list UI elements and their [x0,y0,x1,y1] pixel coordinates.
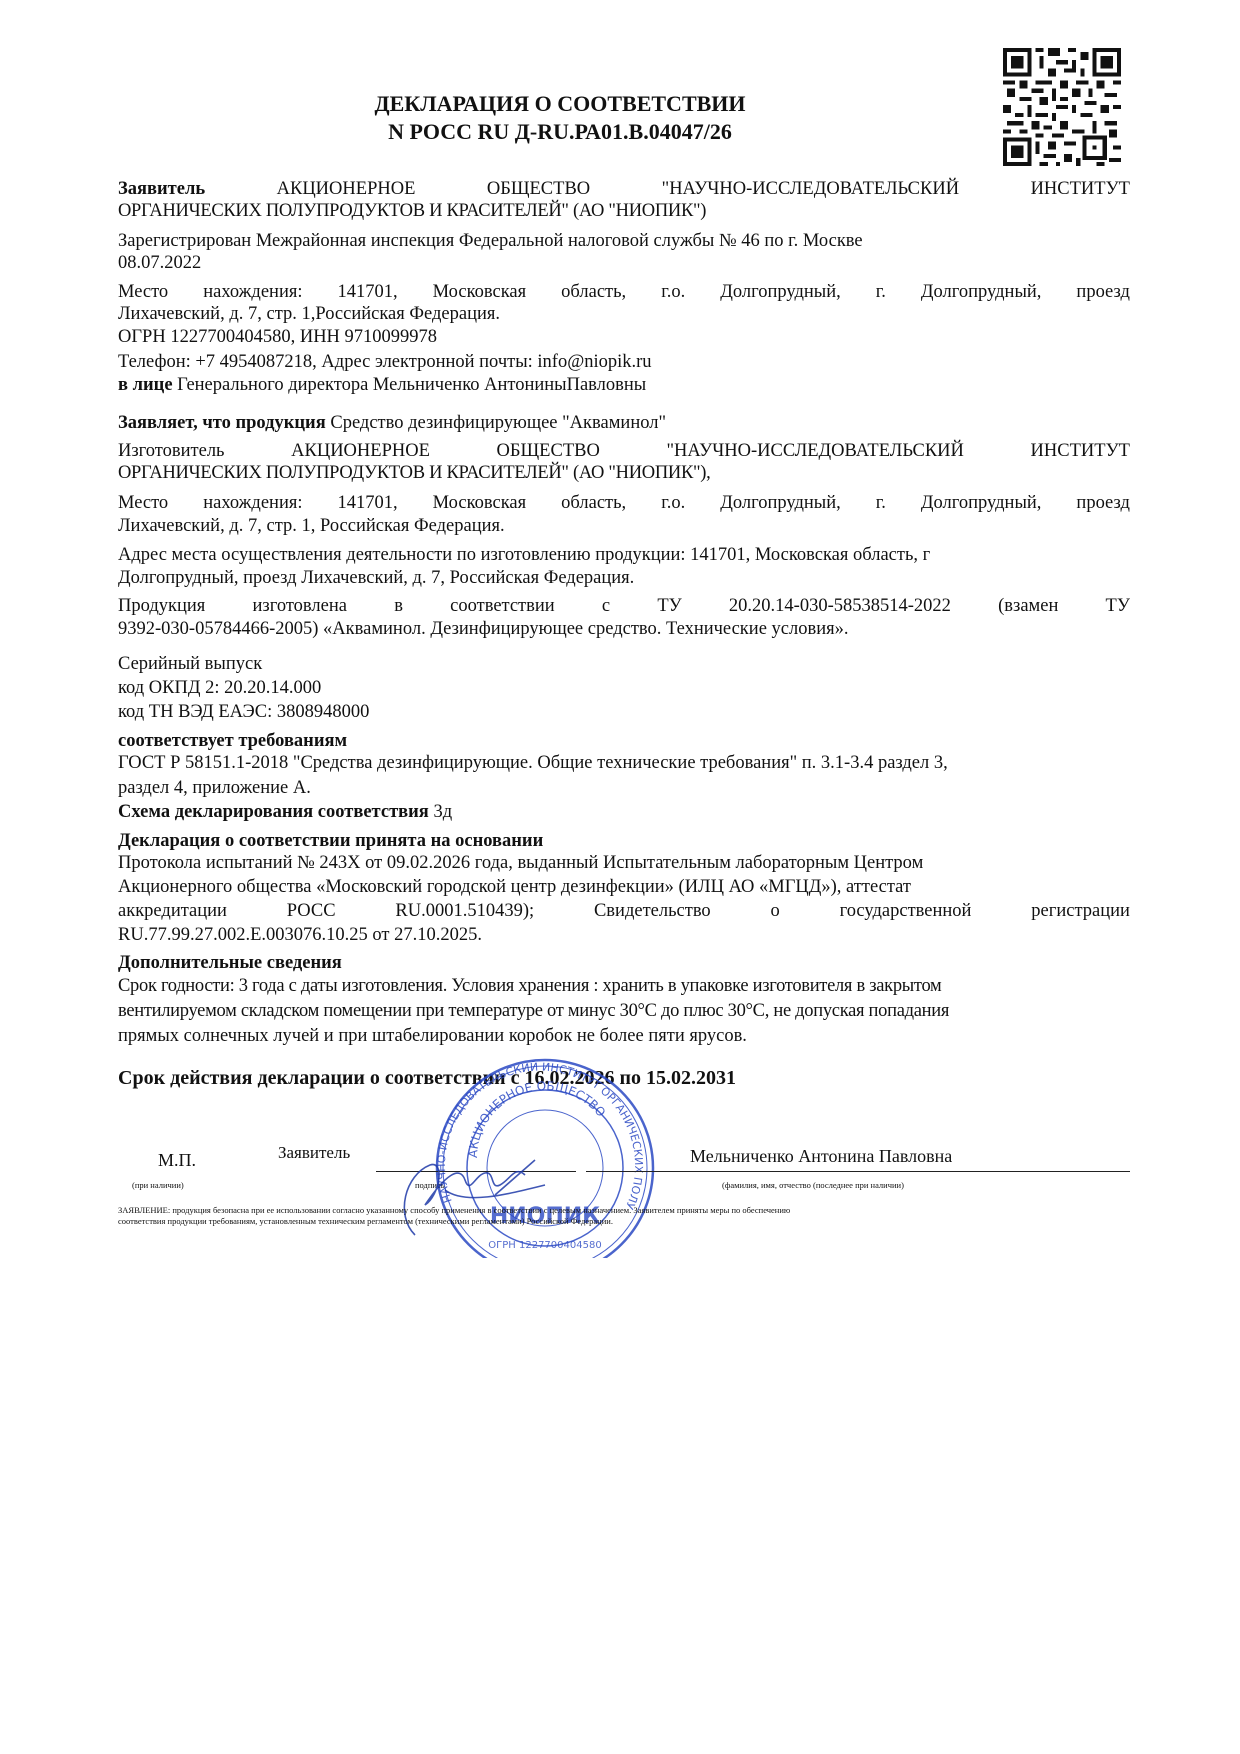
basis-line2: Акционерного общества «Московский городс… [118,876,1130,898]
requirements-line2: раздел 4, приложение А. [118,777,1130,799]
product-name: Средство дезинфицирующее "Акваминол" [330,413,666,433]
declaration-number: N РОСС RU Д-RU.РА01.В.04047/26 [300,118,820,146]
word: ОБЩЕСТВО [487,178,590,200]
additional-line3: прямых солнечных лучей и при штабелирова… [118,1025,1130,1047]
word: проезд [1076,492,1129,514]
word: нахождения: [203,281,302,303]
word: (взамен [998,595,1058,617]
applicant-signature-label: Заявитель [278,1143,350,1163]
word: Московская [433,492,526,514]
word: "НАУЧНО-ИССЛЕДОВАТЕЛЬСКИЙ [662,178,959,200]
applicant-represented: в лице Генерального директора Мельниченк… [118,374,1130,396]
word: ТУ [1106,595,1130,617]
serial-release: Серийный выпуск [118,653,1130,675]
manufacturer-line2: ОРГАНИЧЕСКИХ ПОЛУПРОДУКТОВ И КРАСИТЕЛЕЙ"… [118,462,1130,484]
mp-note: (при наличии) [132,1180,184,1191]
tnved-code: код ТН ВЭД ЕАЭС: 3808948000 [118,701,1130,723]
requirements-label: соответствует требованиям [118,730,1130,752]
word: нахождения: [203,492,302,514]
word: государственной [840,900,972,922]
applicant-ogrn-inn: ОГРН 1227700404580, ИНН 9710099978 [118,326,1130,348]
word: с [602,595,610,617]
word: Московская [433,281,526,303]
document-title: ДЕКЛАРАЦИЯ О СООТВЕТСТВИИ [300,90,820,118]
word: 141701, [338,492,398,514]
signatory-name-note: (фамилия, имя, отчество (последнее при н… [722,1180,904,1191]
word: RU.0001.510439); [395,900,534,922]
word: область, [561,492,626,514]
word: соответствии [450,595,555,617]
additional-label: Дополнительные сведения [118,952,1130,974]
word: ТУ [657,595,681,617]
word: о [771,900,780,922]
name-line [586,1171,1130,1172]
word: 141701, [338,281,398,303]
word: АКЦИОНЕРНОЕ [291,440,430,462]
word: регистрации [1031,900,1130,922]
applicant-label: Заявитель [118,178,205,200]
applicant-location-cont: Лихачевский, д. 7, стр. 1,Российская Фед… [118,303,1130,325]
word: Долгопрудный, [720,492,841,514]
spec-line2: 9392-030-05784466-2005) «Акваминол. Дези… [118,618,1130,640]
manufacturer-location: Местонахождения:141701,Московскаяобласть… [118,492,1130,514]
represented-label: в лице [118,375,173,395]
product-declaration: Заявляет, что продукция Средство дезинфи… [118,412,1130,434]
mp-label: М.П. [158,1150,196,1171]
manufacturer-location-cont: Лихачевский, д. 7, стр. 1, Российская Фе… [118,515,1130,537]
basis-label: Декларация о соответствии принята на осн… [118,830,1130,852]
basis-line1: Протокола испытаний № 243Х от 09.02.2026… [118,852,1130,874]
handwritten-signature-icon [385,1135,555,1245]
applicant-line1: Заявитель АКЦИОНЕРНОЕОБЩЕСТВО"НАУЧНО-ИСС… [118,178,1130,200]
basis-line3: аккредитацииРОССRU.0001.510439);Свидетел… [118,900,1130,922]
word: область, [561,281,626,303]
applicant-registered: Зарегистрирован Межрайонная инспекция Фе… [118,230,1130,252]
word: Свидетельство [594,900,711,922]
scheme: Схема декларирования соответствия 3д [118,801,1130,823]
word: РОСС [287,900,336,922]
basis-line4: RU.77.99.27.002.Е.003076.10.25 от 27.10.… [118,924,1130,946]
word: проезд [1076,281,1129,303]
statement-line1: ЗАЯВЛЕНИЕ: продукция безопасна при ее ис… [118,1205,1138,1216]
production-address: Адрес места осуществления деятельности п… [118,544,1130,566]
word: Долгопрудный, [921,281,1042,303]
production-address-cont: Долгопрудный, проезд Лихачевский, д. 7, … [118,567,1130,589]
word: г.о. [661,492,685,514]
word: Место [118,492,168,514]
word: "НАУЧНО-ИССЛЕДОВАТЕЛЬСКИЙ [666,440,963,462]
applicant-contacts: Телефон: +7 4954087218, Адрес электронно… [118,351,1130,373]
word: г. [876,281,886,303]
word: 20.20.14-030-58538514-2022 [729,595,951,617]
word: Долгопрудный, [720,281,841,303]
scheme-value: 3д [433,802,452,822]
represented-by: Генерального директора Мельниченко Антон… [177,375,646,395]
applicant-location: Местонахождения:141701,Московскаяобласть… [118,281,1130,303]
requirements-line1: ГОСТ Р 58151.1-2018 "Средства дезинфицир… [118,752,1130,774]
word: ИНСТИТУТ [1031,440,1130,462]
additional-line1: Срок годности: 3 года с даты изготовлени… [118,975,1130,997]
word: Долгопрудный, [921,492,1042,514]
word: АКЦИОНЕРНОЕ [277,178,416,200]
qr-code-icon [1003,48,1121,166]
okpd-code: код ОКПД 2: 20.20.14.000 [118,677,1130,699]
word: изготовлена [253,595,347,617]
manufacturer-line1: ИзготовительАКЦИОНЕРНОЕОБЩЕСТВО"НАУЧНО-И… [118,440,1130,462]
applicant-registered-date: 08.07.2022 [118,252,1130,274]
declares-label: Заявляет, что продукция [118,413,326,433]
word: г. [876,492,886,514]
spec-line1: ПродукцияизготовленавсоответствиисТУ20.2… [118,595,1130,617]
word: аккредитации [118,900,227,922]
word: Изготовитель [118,440,225,462]
scheme-label: Схема декларирования соответствия [118,802,429,822]
word: в [394,595,403,617]
signatory-name: Мельниченко Антонина Павловна [690,1146,952,1167]
additional-line2: вентилируемом складском помещении при те… [118,1000,1130,1022]
word: ИНСТИТУТ [1031,178,1130,200]
word: г.о. [661,281,685,303]
word: Место [118,281,168,303]
contacts-text: Телефон: +7 4954087218, Адрес электронно… [118,352,652,372]
statement-line2: соответствия продукции требованиям, уста… [118,1216,1138,1227]
word: Продукция [118,595,205,617]
applicant-name-cont: ОРГАНИЧЕСКИХ ПОЛУПРОДУКТОВ И КРАСИТЕЛЕЙ"… [118,200,1130,222]
word: ОБЩЕСТВО [497,440,600,462]
